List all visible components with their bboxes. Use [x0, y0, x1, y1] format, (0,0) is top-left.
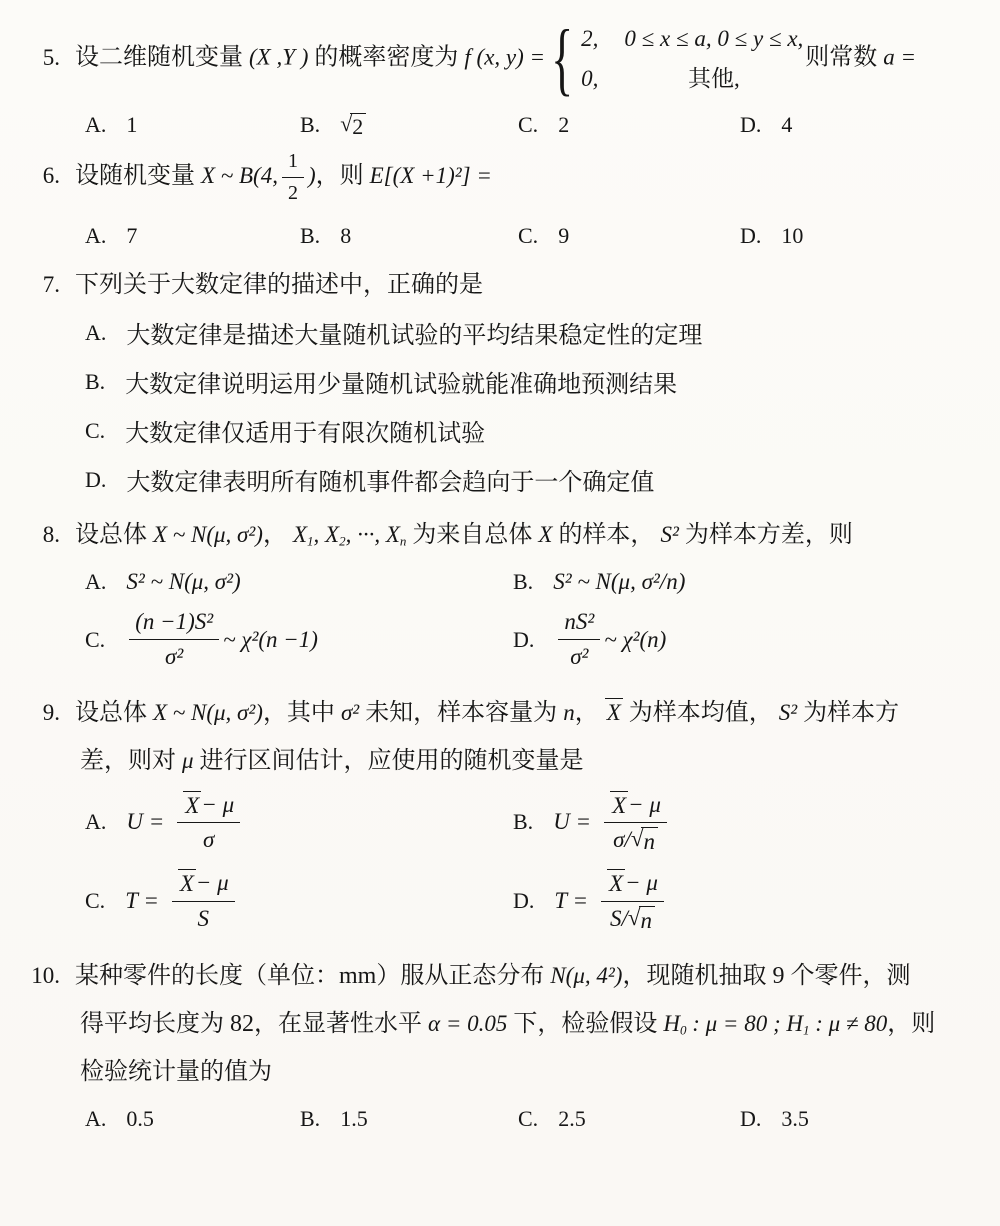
case-condition: 其他, [624, 66, 803, 92]
option-value: 9 [558, 223, 569, 249]
stem-text: 设总体 [75, 700, 153, 726]
math-expression: σ² [341, 700, 359, 725]
option-label: C. [518, 223, 538, 249]
option-b: B.1.5 [300, 1106, 518, 1132]
math-expression: − μ [196, 870, 229, 896]
option-label: A. [85, 223, 106, 249]
math-expression: X ~ N(μ, σ²) [153, 700, 263, 725]
denominator: S/√n [601, 901, 664, 932]
stem-text: 差，则对 [80, 748, 182, 774]
option-d: D.10 [740, 223, 1000, 249]
option-value: 0.5 [126, 1106, 154, 1132]
fraction: 12 [282, 150, 304, 205]
option-value: 2 [558, 112, 569, 138]
question-7-stem: 7.下列关于大数定律的描述中，正确的是 [0, 269, 1000, 301]
case-value: 2, [581, 26, 598, 52]
stem-text: ，现随机抽取 9 个零件，测 [622, 963, 910, 989]
case-condition: 0 ≤ x ≤ a, 0 ≤ y ≤ x, [624, 26, 803, 52]
option-label: C. [518, 1106, 538, 1132]
stem-text: 的样本， [552, 522, 660, 548]
stem-text: 得平均长度为 82，在显著性水平 [80, 1011, 428, 1037]
fraction: X − μσ/√n [604, 791, 667, 854]
stem-text: 设二维随机变量 [75, 45, 249, 71]
option-c: C.大数定律仅适用于有限次随机试验 [85, 413, 1000, 448]
math-expression: − μ [628, 792, 661, 818]
option-label: A. [85, 569, 106, 595]
option-label: B. [513, 809, 533, 835]
stem-text: 则常数 [805, 45, 883, 71]
math-expression: a = [883, 45, 916, 70]
fraction: X − μσ [177, 791, 240, 854]
stem-text: 下列关于大数定律的描述中，正确的是 [75, 272, 483, 298]
question-10: 10.某种零件的长度（单位：mm）服从正态分布 N(μ, 4²)，现随机抽取 9… [0, 960, 1000, 1132]
stem-text: 为来自总体 [406, 522, 538, 548]
stem-text: 的概率密度为 [308, 45, 464, 71]
question-5: 5.设二维随机变量 (X ,Y ) 的概率密度为 f (x, y) ={2,0 … [0, 26, 1000, 138]
question-10-stem-line-3: 检验统计量的值为 [80, 1056, 1000, 1088]
numerator: X − μ [604, 791, 667, 822]
denominator: 2 [282, 177, 304, 205]
math-expression: , X [314, 522, 340, 547]
question-9-options-row-2: C.T =X − μS D.T =X − μS/√n [85, 869, 1000, 932]
math-expression: ) [308, 163, 316, 188]
x-bar: X [605, 698, 623, 725]
question-10-stem: 10.某种零件的长度（单位：mm）服从正态分布 N(μ, 4²)，现随机抽取 9… [0, 960, 1000, 992]
option-label: B. [85, 369, 105, 395]
question-8-options-row-1: A.S² ~ N(μ, σ²) B.S² ~ N(μ, σ²/n) [85, 569, 1000, 595]
option-label: A. [85, 112, 106, 138]
question-number: 9. [0, 697, 60, 729]
option-label: A. [85, 1106, 106, 1132]
fraction: X − μS [172, 869, 235, 932]
numerator: 1 [282, 150, 304, 177]
option-a: A.0.5 [85, 1106, 300, 1132]
option-a: A.S² ~ N(μ, σ²) [85, 569, 513, 595]
option-b: B.U =X − μσ/√n [513, 791, 1000, 854]
option-formula: S² ~ N(μ, σ²/n) [553, 569, 685, 595]
option-label: D. [740, 1106, 761, 1132]
exam-page: 5.设二维随机变量 (X ,Y ) 的概率密度为 f (x, y) ={2,0 … [0, 0, 1000, 1132]
option-value: 2.5 [558, 1106, 586, 1132]
math-expression: σ/ [613, 827, 631, 853]
fraction: nS²σ² [558, 609, 600, 671]
fraction: X − μS/√n [601, 869, 664, 932]
piecewise-cases: {2,0 ≤ x ≤ a, 0 ≤ y ≤ x,0,其他, [547, 26, 803, 92]
math-expression: − μ [201, 792, 234, 818]
option-value: 8 [340, 223, 351, 249]
option-d: D.大数定律表明所有随机事件都会趋向于一个确定值 [85, 462, 1000, 497]
stem-text: 某种零件的长度（单位：mm）服从正态分布 [75, 963, 550, 989]
math-expression: H [663, 1011, 680, 1036]
denominator: σ [177, 822, 240, 853]
option-b: B.8 [300, 223, 518, 249]
math-expression: α = 0.05 [428, 1011, 507, 1036]
sqrt-radical: √2 [340, 113, 366, 138]
sqrt-radical: √n [631, 827, 658, 853]
stem-text: ，其中 [263, 700, 341, 726]
math-expression: S² [660, 522, 678, 547]
math-expression: : μ ≠ 80 [809, 1011, 887, 1036]
math-expression: , ···, X [346, 522, 400, 547]
option-b: B.S² ~ N(μ, σ²/n) [513, 569, 1000, 595]
case-value: 0, [581, 66, 598, 92]
radicand: n [639, 906, 656, 932]
option-formula: ~ χ²(n) [604, 627, 666, 653]
option-a: A.大数定律是描述大量随机试验的平均结果稳定性的定理 [85, 315, 1000, 350]
option-c: C.2 [518, 112, 740, 138]
option-label: C. [85, 888, 105, 914]
question-number: 7. [0, 269, 60, 301]
stem-text: ，则 [887, 1011, 935, 1037]
option-b: B.√2 [300, 112, 518, 138]
math-expression: n [563, 700, 575, 725]
left-brace: { [551, 18, 573, 100]
x-bar: X [607, 869, 625, 896]
option-value: 1 [126, 112, 137, 138]
math-expression: X ~ N(μ, σ²) [153, 522, 263, 547]
option-label: C. [85, 627, 105, 653]
option-formula: U = [126, 809, 164, 835]
math-expression: S² [779, 700, 797, 725]
option-value: 3.5 [781, 1106, 809, 1132]
stem-text: 进行区间估计，应使用的随机变量是 [194, 748, 584, 774]
math-expression: S/ [610, 906, 628, 932]
question-number: 5. [0, 42, 60, 74]
denominator: S [172, 901, 235, 932]
question-10-options: A.0.5 B.1.5 C.2.5 D.3.5 [85, 1106, 1000, 1132]
option-value: 10 [781, 223, 803, 249]
option-label: B. [300, 112, 320, 138]
option-formula: ~ χ²(n −1) [223, 627, 318, 653]
question-5-stem: 5.设二维随机变量 (X ,Y ) 的概率密度为 f (x, y) ={2,0 … [0, 26, 1000, 92]
option-value: 大数定律仅适用于有限次随机试验 [125, 413, 485, 448]
stem-text: ，则 [316, 163, 370, 189]
option-label: C. [518, 112, 538, 138]
stem-text: 检验统计量的值为 [80, 1059, 272, 1085]
question-8-options-row-2: C.(n −1)S²σ²~ χ²(n −1) D.nS²σ²~ χ²(n) [85, 609, 1000, 671]
question-number: 10. [0, 960, 60, 992]
option-label: D. [85, 467, 106, 493]
radicand: n [641, 827, 658, 853]
math-expression: X [538, 522, 552, 547]
x-bar: X [183, 791, 201, 818]
option-label: A. [85, 320, 106, 346]
math-expression: − μ [625, 870, 658, 896]
question-6-options: A.7 B.8 C.9 D.10 [85, 223, 1000, 249]
option-label: C. [85, 418, 105, 444]
math-expression: f (x, y) = [464, 45, 545, 70]
question-6: 6.设随机变量 X ~ B(4,12)，则 E[(X +1)²] = A.7 B… [0, 150, 1000, 249]
question-9-options-row-1: A.U =X − μσ B.U =X − μσ/√n [85, 791, 1000, 854]
denominator: σ² [558, 639, 600, 670]
question-6-stem: 6.设随机变量 X ~ B(4,12)，则 E[(X +1)²] = [0, 150, 1000, 205]
stem-text: 为样本均值， [623, 700, 779, 726]
option-d: D.3.5 [740, 1106, 1000, 1132]
question-8-stem: 8.设总体 X ~ N(μ, σ²)， X1, X2, ···, Xn 为来自总… [0, 519, 1000, 551]
stem-text: ， [575, 700, 605, 726]
option-value: 大数定律是描述大量随机试验的平均结果稳定性的定理 [126, 315, 702, 350]
math-expression: (X ,Y ) [249, 45, 308, 70]
option-a: A.7 [85, 223, 300, 249]
radicand: 2 [350, 113, 366, 138]
option-b: B.大数定律说明运用少量随机试验就能准确地预测结果 [85, 364, 1000, 399]
stem-text: ， [263, 522, 293, 548]
option-label: A. [85, 809, 106, 835]
stem-text: 为样本方 [797, 700, 899, 726]
option-label: D. [740, 112, 761, 138]
question-number: 8. [0, 519, 60, 551]
option-value: 1.5 [340, 1106, 368, 1132]
sqrt-radical: √n [628, 906, 655, 932]
option-a: A.1 [85, 112, 300, 138]
option-label: B. [513, 569, 533, 595]
option-c: C.9 [518, 223, 740, 249]
option-label: D. [513, 888, 534, 914]
denominator: σ² [129, 639, 219, 670]
question-7: 7.下列关于大数定律的描述中，正确的是 A.大数定律是描述大量随机试验的平均结果… [0, 269, 1000, 497]
option-c: C.(n −1)S²σ²~ χ²(n −1) [85, 609, 513, 671]
math-expression: : μ = 80 ; H [686, 1011, 803, 1036]
option-formula: S² ~ N(μ, σ²) [126, 569, 240, 595]
option-formula: T = [554, 888, 588, 914]
option-c: C.2.5 [518, 1106, 740, 1132]
denominator: σ/√n [604, 822, 667, 853]
stem-text: 未知，样本容量为 [359, 700, 563, 726]
option-d: D.T =X − μS/√n [513, 869, 1000, 932]
option-value: 大数定律表明所有随机事件都会趋向于一个确定值 [126, 462, 654, 497]
option-formula: U = [553, 809, 591, 835]
fraction: (n −1)S²σ² [129, 609, 219, 671]
option-d: D.4 [740, 112, 1000, 138]
option-label: B. [300, 223, 320, 249]
math-expression: E[(X +1)²] = [370, 163, 492, 188]
question-9: 9.设总体 X ~ N(μ, σ²)，其中 σ² 未知，样本容量为 n， X 为… [0, 697, 1000, 932]
question-number: 6. [0, 160, 60, 192]
question-5-options: A.1 B.√2 C.2 D.4 [85, 112, 1000, 138]
numerator: X − μ [177, 791, 240, 822]
math-expression: μ [182, 748, 194, 773]
option-value: 7 [126, 223, 137, 249]
x-bar: X [610, 791, 628, 818]
math-expression: X [293, 522, 307, 547]
option-value: 大数定律说明运用少量随机试验就能准确地预测结果 [125, 364, 677, 399]
option-c: C.T =X − μS [85, 869, 513, 932]
question-9-stem: 9.设总体 X ~ N(μ, σ²)，其中 σ² 未知，样本容量为 n， X 为… [0, 697, 1000, 729]
stem-text: 为样本方差，则 [679, 522, 853, 548]
case-grid: 2,0 ≤ x ≤ a, 0 ≤ y ≤ x,0,其他, [581, 26, 803, 92]
stem-text: 设总体 [75, 522, 153, 548]
option-value: 4 [781, 112, 792, 138]
option-a: A.U =X − μσ [85, 791, 513, 854]
option-label: B. [300, 1106, 320, 1132]
question-9-stem-line-2: 差，则对 μ 进行区间估计，应使用的随机变量是 [80, 745, 1000, 777]
numerator: nS² [558, 609, 600, 639]
option-label: D. [513, 627, 534, 653]
x-bar: X [178, 869, 196, 896]
option-formula: T = [125, 888, 159, 914]
math-expression: X ~ B(4, [201, 163, 278, 188]
numerator: X − μ [172, 869, 235, 900]
stem-text: 设随机变量 [75, 163, 201, 189]
option-label: D. [740, 223, 761, 249]
numerator: (n −1)S² [129, 609, 219, 639]
option-d: D.nS²σ²~ χ²(n) [513, 609, 1000, 671]
stem-text: 下，检验假设 [507, 1011, 663, 1037]
question-10-stem-line-2: 得平均长度为 82，在显著性水平 α = 0.05 下，检验假设 H0 : μ … [80, 1008, 1000, 1040]
numerator: X − μ [601, 869, 664, 900]
question-8: 8.设总体 X ~ N(μ, σ²)， X1, X2, ···, Xn 为来自总… [0, 519, 1000, 671]
math-expression: N(μ, 4²) [550, 963, 622, 988]
